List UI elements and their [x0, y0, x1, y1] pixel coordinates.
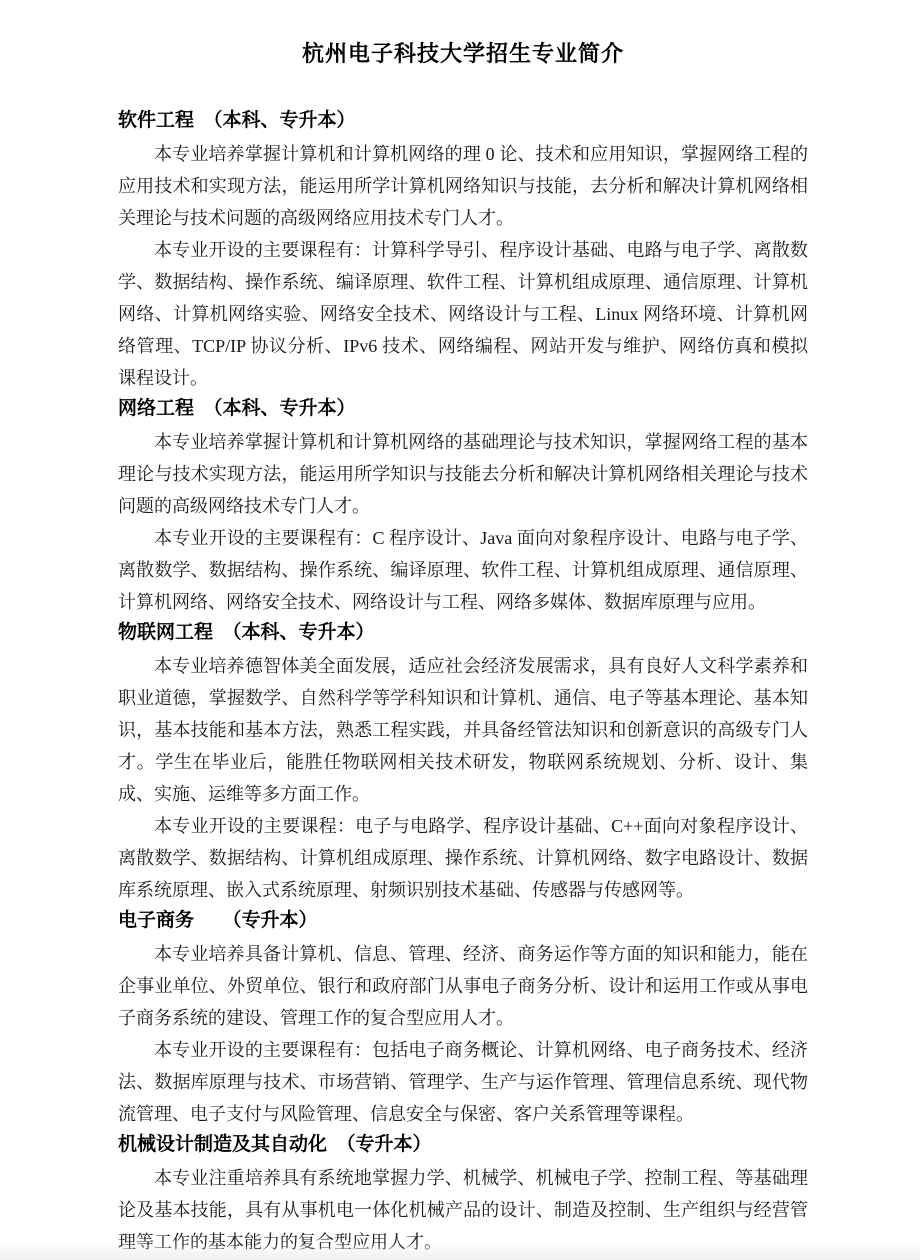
document-title: 杭州电子科技大学招生专业简介	[118, 40, 808, 68]
section-paragraph-training-goal: 本专业注重培养具有系统地掌握力学、机械学、机械电子学、控制工程、等基础理论及基本…	[118, 1162, 808, 1258]
section-heading-iot-engineering: 物联网工程 （本科、专升本）	[118, 620, 808, 646]
section-paragraph-courses: 本专业开设的主要课程：电子与电路学、程序设计基础、C++面向对象程序设计、离散数…	[118, 810, 808, 906]
section-paragraph-training-goal: 本专业培养具备计算机、信息、管理、经济、商务运作等方面的知识和能力，能在企事业单…	[118, 938, 808, 1034]
section-heading-network-engineering: 网络工程 （本科、专升本）	[118, 396, 808, 422]
section-mechanical-design: 机械设计制造及其自动化 （专升本） 本专业注重培养具有系统地掌握力学、机械学、机…	[118, 1132, 808, 1258]
section-paragraph-training-goal: 本专业培养德智体美全面发展，适应社会经济发展需求，具有良好人文科学素养和职业道德…	[118, 650, 808, 810]
section-heading-e-commerce: 电子商务 （专升本）	[118, 908, 808, 934]
document-page: 杭州电子科技大学招生专业简介 软件工程 （本科、专升本） 本专业培养掌握计算机和…	[0, 0, 920, 1260]
section-heading-software-engineering: 软件工程 （本科、专升本）	[118, 108, 808, 134]
section-network-engineering: 网络工程 （本科、专升本） 本专业培养掌握计算机和计算机网络的基础理论与技术知识…	[118, 396, 808, 618]
section-paragraph-training-goal: 本专业培养掌握计算机和计算机网络的理 0 论、技术和应用知识，掌握网络工程的应用…	[118, 138, 808, 234]
section-software-engineering: 软件工程 （本科、专升本） 本专业培养掌握计算机和计算机网络的理 0 论、技术和…	[118, 108, 808, 394]
section-paragraph-courses: 本专业开设的主要课程有：计算科学导引、程序设计基础、电路与电子学、离散数学、数据…	[118, 234, 808, 394]
section-heading-mechanical-design: 机械设计制造及其自动化 （专升本）	[118, 1132, 808, 1158]
section-paragraph-courses: 本专业开设的主要课程有：包括电子商务概论、计算机网络、电子商务技术、经济法、数据…	[118, 1034, 808, 1130]
section-e-commerce: 电子商务 （专升本） 本专业培养具备计算机、信息、管理、经济、商务运作等方面的知…	[118, 908, 808, 1130]
section-paragraph-training-goal: 本专业培养掌握计算机和计算机网络的基础理论与技术知识，掌握网络工程的基本理论与技…	[118, 426, 808, 522]
section-paragraph-courses: 本专业开设的主要课程有：C 程序设计、Java 面向对象程序设计、电路与电子学、…	[118, 522, 808, 618]
section-iot-engineering: 物联网工程 （本科、专升本） 本专业培养德智体美全面发展，适应社会经济发展需求，…	[118, 620, 808, 906]
